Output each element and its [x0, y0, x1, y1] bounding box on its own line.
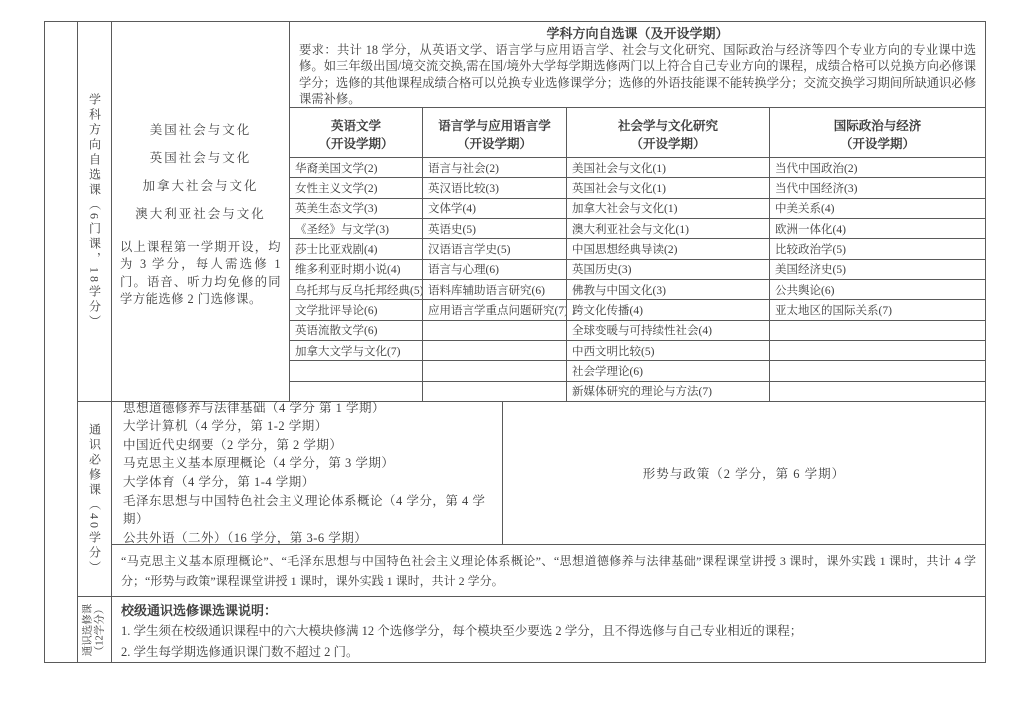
direction-column-header: 语言学与应用语言学 （开设学期） — [423, 108, 567, 158]
course-cell: 美国社会与文化(1) — [567, 158, 769, 178]
course-cell — [770, 321, 985, 341]
course-cell: 英国社会与文化(1) — [567, 178, 769, 198]
direction-column-header: 英语文学 （开设学期） — [290, 108, 423, 158]
school-elective-row-label: 通识选修课 （12学分） — [83, 603, 107, 656]
course-cell: 维多利亚时期小说(4) — [290, 260, 422, 280]
required-course: 思想道德修养与法律基础（4 学分 第 1 学期） — [123, 399, 502, 418]
school-elective-row-label-cell: 通识选修课 （12学分） — [78, 597, 112, 662]
course-cell: 文体学(4) — [423, 199, 566, 219]
course-cell: 女性主义文学(2) — [290, 178, 422, 198]
course-cell: 应用语言学重点问题研究(7) — [423, 300, 566, 320]
first-semester-courses-cell: 美国社会与文化 英国社会与文化 加拿大社会与文化 澳大利亚社会与文化 以上课程第… — [112, 22, 290, 402]
course-cell: 英美生态文学(3) — [290, 199, 422, 219]
course-cell: 亚太地区的国际关系(7) — [770, 300, 985, 320]
course-cell: 澳大利亚社会与文化(1) — [567, 219, 769, 239]
curriculum-table: 学科方向自选课（6门课，18学分） 美国社会与文化 英国社会与文化 加拿大社会与… — [44, 21, 986, 663]
direction-column-header: 社会学与文化研究 （开设学期） — [567, 108, 770, 158]
direction-column-header: 国际政治与经济 （开设学期） — [770, 108, 985, 158]
empty-left-column — [45, 22, 78, 662]
course-cell: 佛教与中国文化(3) — [567, 280, 769, 300]
semester-label: （开设学期） — [457, 134, 532, 152]
direction-name: 国际政治与经济 — [834, 116, 922, 134]
semester-label: （开设学期） — [840, 134, 915, 152]
course-cell — [423, 341, 566, 361]
course-cell: 美国经济史(5) — [770, 260, 985, 280]
course-cell — [290, 361, 422, 381]
direction-name: 语言学与应用语言学 — [438, 116, 551, 134]
direction-course-column-linguistics: 语言与社会(2) 英汉语比较(3) 文体学(4) 英语史(5) 汉语语言学史(5… — [423, 158, 567, 402]
course-cell: 中美关系(4) — [770, 199, 985, 219]
course-cell: 《圣经》与文学(3) — [290, 219, 422, 239]
requirements-text: 要求：共计 18 学分，从英语文学、语言学与应用语言学、社会与文化研究、国际政治… — [299, 42, 976, 108]
direction-course-column-politics-economy: 当代中国政治(2) 当代中国经济(3) 中美关系(4) 欧洲一体化(4) 比较政… — [770, 158, 985, 402]
school-elective-heading: 校级通识选修课选课说明： — [121, 601, 976, 621]
required-course: 马克思主义基本原理概论（4 学分，第 3 学期） — [123, 454, 502, 473]
course-cell: 英国历史(3) — [567, 260, 769, 280]
course-cell: 跨文化传播(4) — [567, 300, 769, 320]
course-cell: 语言与心理(6) — [423, 260, 566, 280]
course-cell — [770, 382, 985, 401]
required-course: 中国近代史纲要（2 学分，第 2 学期） — [123, 436, 502, 455]
course-cell: 新媒体研究的理论与方法(7) — [567, 382, 769, 401]
school-elective-row-label-line1: 通识选修课 — [83, 603, 95, 656]
direction-name: 英语文学 — [331, 116, 381, 134]
course-cell: 比较政治学(5) — [770, 239, 985, 259]
course-cell: 汉语语言学史(5) — [423, 239, 566, 259]
required-course: 大学计算机（4 学分，第 1-2 学期） — [123, 417, 502, 436]
course-cell — [423, 361, 566, 381]
elective-section-row-label-cell: 学科方向自选课（6门课，18学分） — [78, 22, 112, 402]
course-cell: 莎士比亚戏剧(4) — [290, 239, 422, 259]
course-cell: 公共舆论(6) — [770, 280, 985, 300]
elective-section-row-label: 学科方向自选课（6门课，18学分） — [88, 93, 102, 330]
first-semester-course: 美国社会与文化 — [112, 120, 289, 138]
class-hours-note-cell: “马克思主义基本原理概论”、“毛泽东思想与中国特色社会主义理论体系概论”、“思想… — [112, 545, 985, 597]
semester-label: （开设学期） — [630, 134, 705, 152]
course-cell: 当代中国政治(2) — [770, 158, 985, 178]
first-semester-course: 英国社会与文化 — [112, 148, 289, 166]
course-cell: 欧洲一体化(4) — [770, 219, 985, 239]
course-cell: 加拿大社会与文化(1) — [567, 199, 769, 219]
situation-policy-course-cell: 形势与政策（2 学分，第 6 学期） — [503, 402, 985, 545]
course-cell — [770, 361, 985, 381]
school-elective-rule: 2. 学生每学期选修通识课门数不超过 2 门。 — [121, 642, 976, 663]
course-cell: 当代中国经济(3) — [770, 178, 985, 198]
course-cell: 社会学理论(6) — [567, 361, 769, 381]
course-cell: 华裔美国文学(2) — [290, 158, 422, 178]
first-semester-course: 加拿大社会与文化 — [112, 176, 289, 194]
required-course: 毛泽东思想与中国特色社会主义理论体系概论（4 学分，第 4 学期） — [123, 492, 502, 529]
course-cell — [770, 341, 985, 361]
semester-label: （开设学期） — [318, 134, 393, 152]
school-elective-rule: 1. 学生须在校级通识课程中的六大模块修满 12 个选修学分，每个模块至少要选 … — [121, 621, 976, 642]
course-cell: 乌托邦与反乌托邦经典(5) — [290, 280, 422, 300]
course-cell: 语言与社会(2) — [423, 158, 566, 178]
direction-name: 社会学与文化研究 — [618, 116, 718, 134]
direction-course-column-society-culture: 美国社会与文化(1) 英国社会与文化(1) 加拿大社会与文化(1) 澳大利亚社会… — [567, 158, 770, 402]
required-course-list-cell: 思想道德修养与法律基础（4 学分 第 1 学期） 大学计算机（4 学分，第 1-… — [112, 402, 503, 545]
course-cell: 英语流散文学(6) — [290, 321, 422, 341]
school-elective-row-label-line2: （12学分） — [95, 603, 107, 656]
course-cell: 英语史(5) — [423, 219, 566, 239]
required-course: 大学体育（4 学分，第 1-4 学期） — [123, 473, 502, 492]
course-cell: 英汉语比较(3) — [423, 178, 566, 198]
course-cell: 中国思想经典导读(2) — [567, 239, 769, 259]
requirements-cell: 学科方向自选课（及开设学期） 要求：共计 18 学分，从英语文学、语言学与应用语… — [290, 22, 985, 108]
course-cell: 全球变暖与可持续性社会(4) — [567, 321, 769, 341]
course-cell: 中西文明比较(5) — [567, 341, 769, 361]
first-semester-course: 澳大利亚社会与文化 — [112, 204, 289, 222]
course-cell — [423, 321, 566, 341]
course-cell: 加拿大文学与文化(7) — [290, 341, 422, 361]
school-elective-rules-cell: 校级通识选修课选课说明： 1. 学生须在校级通识课程中的六大模块修满 12 个选… — [112, 597, 985, 662]
course-cell: 文学批评导论(6) — [290, 300, 422, 320]
first-semester-note: 以上课程第一学期开设，均为 3 学分，每人需选修 1 门。语音、听力均免修的同学… — [112, 239, 289, 309]
section-title: 学科方向自选课（及开设学期） — [299, 25, 976, 42]
required-section-row-label-cell: 通识必修课（40学分） — [78, 402, 112, 597]
direction-course-column-english-literature: 华裔美国文学(2) 女性主义文学(2) 英美生态文学(3) 《圣经》与文学(3)… — [290, 158, 423, 402]
course-cell: 语料库辅助语言研究(6) — [423, 280, 566, 300]
required-section-row-label: 通识必修课（40学分） — [88, 423, 102, 576]
